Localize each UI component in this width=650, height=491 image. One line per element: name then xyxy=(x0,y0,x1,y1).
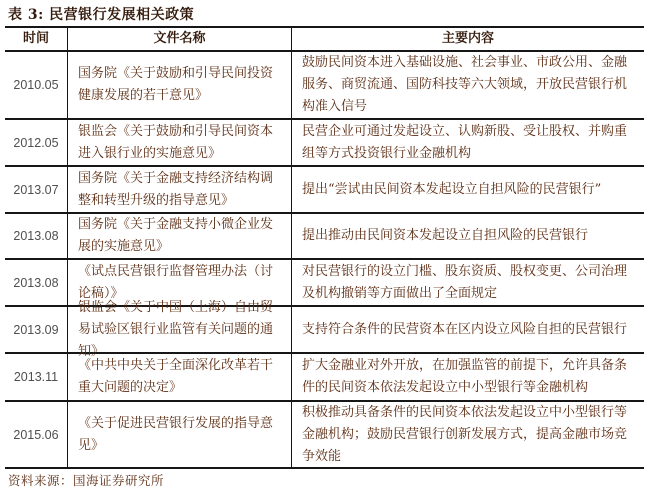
row-date: 2013.09 xyxy=(5,307,68,352)
report-page: 表 3: 民营银行发展相关政策 时间 文件名称 主要内容 2010.05 国务院… xyxy=(0,0,650,491)
header-main-content: 主要内容 xyxy=(292,28,644,50)
row-doc-name: 国务院《关于鼓励和引导民间投资健康发展的若干意见》 xyxy=(68,52,292,118)
row-content: 提出推动由民间资本发起设立自担风险的民营银行 xyxy=(292,214,644,258)
row-date: 2012.05 xyxy=(5,120,68,165)
row-date: 2013.08 xyxy=(5,214,68,258)
source-note: 资料来源：国海证券研究所 xyxy=(8,471,164,489)
table-row: 2010.05 国务院《关于鼓励和引导民间投资健康发展的若干意见》 鼓励民间资本… xyxy=(5,52,644,120)
table-row: 2013.11 《中共中央关于全面深化改革若干重大问题的决定》 扩大金融业对外开… xyxy=(5,354,644,402)
row-doc-name: 国务院《关于金融支持小微企业发展的实施意见》 xyxy=(68,214,292,258)
row-content: 鼓励民间资本进入基础设施、社会事业、市政公用、金融服务、商贸流通、国防科技等六大… xyxy=(292,52,644,118)
table-header-row: 时间 文件名称 主要内容 xyxy=(5,28,644,52)
row-content: 对民营银行的设立门槛、股东资质、股权变更、公司治理及机构撤销等方面做出了全面规定 xyxy=(292,260,644,305)
header-time: 时间 xyxy=(5,28,68,50)
row-content: 民营企业可通过发起设立、认购新股、受让股权、并购重组等方式投资银行业金融机构 xyxy=(292,120,644,165)
table-row: 2013.09 银监会《关于中国（上海）自由贸易试验区银行业监管有关问题的通知》… xyxy=(5,307,644,354)
row-doc-name: 国务院《关于金融支持经济结构调整和转型升级的指导意见》 xyxy=(68,167,292,212)
row-date: 2013.07 xyxy=(5,167,68,212)
table-row: 2013.08 国务院《关于金融支持小微企业发展的实施意见》 提出推动由民间资本… xyxy=(5,214,644,260)
table-title: 表 3: 民营银行发展相关政策 xyxy=(8,4,194,24)
row-date: 2015.06 xyxy=(5,402,68,467)
row-content: 提出“尝试由民间资本发起设立自担风险的民营银行” xyxy=(292,167,644,212)
row-doc-name: 银监会《关于鼓励和引导民间资本进入银行业的实施意见》 xyxy=(68,120,292,165)
row-doc-name: 银监会《关于中国（上海）自由贸易试验区银行业监管有关问题的通知》 xyxy=(68,307,292,352)
row-content: 积极推动具备条件的民间资本依法发起设立中小型银行等金融机构；鼓励民营银行创新发展… xyxy=(292,402,644,467)
row-date: 2013.08 xyxy=(5,260,68,305)
row-date: 2010.05 xyxy=(5,52,68,118)
policy-table: 时间 文件名称 主要内容 2010.05 国务院《关于鼓励和引导民间投资健康发展… xyxy=(5,26,644,469)
table-row: 2013.07 国务院《关于金融支持经济结构调整和转型升级的指导意见》 提出“尝… xyxy=(5,167,644,214)
table-row: 2015.06 《关于促进民营银行发展的指导意见》 积极推动具备条件的民间资本依… xyxy=(5,402,644,469)
row-doc-name: 《关于促进民营银行发展的指导意见》 xyxy=(68,402,292,467)
row-date: 2013.11 xyxy=(5,354,68,400)
row-doc-name: 《中共中央关于全面深化改革若干重大问题的决定》 xyxy=(68,354,292,400)
row-content: 扩大金融业对外开放，在加强监管的前提下，允许具备条件的民间资本依法发起设立中小型… xyxy=(292,354,644,400)
table-row: 2012.05 银监会《关于鼓励和引导民间资本进入银行业的实施意见》 民营企业可… xyxy=(5,120,644,167)
row-content: 支持符合条件的民营资本在区内设立风险自担的民营银行 xyxy=(292,307,644,352)
header-doc-name: 文件名称 xyxy=(68,28,292,50)
